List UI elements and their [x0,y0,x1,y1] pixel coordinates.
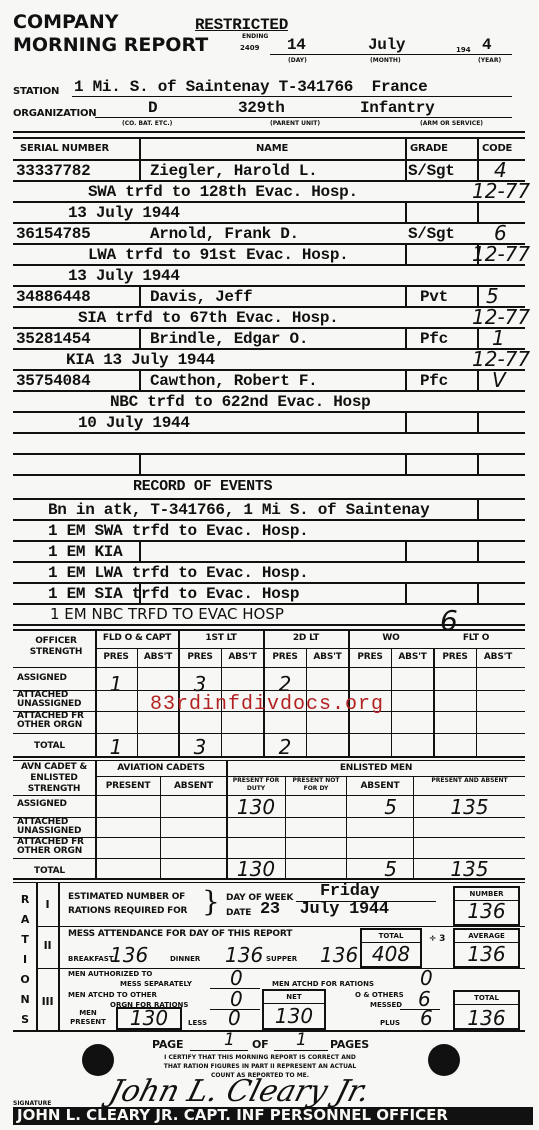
binder-hole-left [82,1044,114,1076]
watermark: 83rdinfdivdocs.org [150,693,384,716]
section-i-numeral: I [37,898,58,911]
report-year: 4 [482,36,491,54]
event-line: 1 EM LWA trfd to Evac. Hosp. [48,564,308,582]
others-label-2: MESSED [370,1001,402,1009]
group-aviation-cadets: AVIATION CADETS [96,763,226,773]
subcol-cadet-present: PRESENT [96,781,160,791]
remark-line: 13 July 1944 [68,267,180,285]
row-label-attached-unassigned: ATTACHED UNASSIGNED [17,818,95,836]
subcol-pres: PRES [96,652,136,662]
event-line: 1 EM SIA trfd to Evac. Hosp [48,585,299,603]
brace: } [202,888,220,916]
row-label-attached-unassigned: ATTACHED UNASSIGNED [17,691,95,709]
event-line: Bn in atk, T-341766, 1 Mi S. of Saintena… [48,501,429,519]
row-label-attached-other: ATTACHED FR OTHER ORGN [17,712,95,730]
supper-count: 136 [320,943,358,967]
org-parent-unit: 329th [238,99,285,117]
event-line: 1 EM SWA trfd to Evac. Hosp. [48,522,308,540]
year-label: (YEAR) [478,57,501,64]
soldier-grade: Pvt [420,288,448,306]
soldier-name: Brindle, Edgar O. [150,330,308,348]
org-company: D [148,99,157,117]
rations-total-label: TOTAL [455,994,518,1002]
subcol-abst: ABS'T [222,652,263,662]
row-label-total: TOTAL [34,866,65,876]
rations-number: 136 [455,899,518,923]
subcol-abst: ABS'T [392,652,433,662]
month-label: (MONTH) [370,57,401,64]
auth-label-1: MEN AUTHORIZED TO [68,970,152,978]
classification-stamp: RESTRICTED [195,16,288,34]
page-label: PAGE [152,1038,183,1051]
plus-label: PLUS [380,1019,400,1027]
subcol-pres: PRES [264,652,306,662]
auth-label-2: MESS SEPARATELY [120,980,192,988]
row-label-assigned: ASSIGNED [17,673,67,683]
remark-line: 10 July 1944 [78,414,190,432]
average-label: AVERAGE [455,932,518,940]
total-label: TOTAL [362,932,420,940]
less-label: LESS [188,1019,207,1027]
status-code: V [492,368,506,392]
org-arm-service: Infantry [360,99,434,117]
page-number: 1 [224,1030,235,1050]
section-ii-label: MESS ATTENDANCE FOR DAY OF THIS REPORT [68,929,292,939]
subcol-pres: PRES [349,652,391,662]
subcol-pres: PRES [179,652,221,662]
section-ii-numeral: II [37,939,58,952]
subcol-abst: ABS'T [138,652,178,662]
form-title-line2: MORNING REPORT [13,35,208,55]
serial-number: 35281454 [16,330,90,348]
section-iii-numeral: III [37,995,58,1008]
mess-total: 408 [362,942,420,966]
soldier-grade: S/Sgt [408,162,455,180]
remark-line: NBC trfd to 622nd Evac. Hosp [110,393,370,411]
atchd-for-rations-label: MEN ATCHD FOR RATIONS [272,980,374,988]
remark-line: 13 July 1944 [68,204,180,222]
report-day: 14 [287,36,306,54]
serial-number: 35754084 [16,372,90,390]
group-wo: WO [349,633,433,643]
signer-name-title: JOHN L. CLEARY JR. CAPT. INF PERSONNEL O… [13,1107,533,1125]
men-present-label-1: MEN [62,1009,114,1017]
status-code: 12-77 [472,179,530,203]
certification-line-2: THAT RATION FIGURES IN PART II REPRESENT… [130,1063,390,1070]
group-fld-o-capt: FLD O & CAPT [96,633,178,643]
enlisted-present-absent-assigned: 135 [414,795,525,819]
group-enlisted-men: ENLISTED MEN [227,763,525,773]
soldier-grade: S/Sgt [408,225,455,243]
section-i-label-2: RATIONS REQUIRED FOR [68,906,187,916]
ration-date: 23 July 1944 [260,900,389,919]
subcol-cadet-absent: ABSENT [161,781,226,791]
net-label: NET [264,993,324,1001]
events-title: RECORD OF EVENTS [133,478,272,495]
date-label: DATE [226,908,251,918]
col-code: CODE [482,143,512,154]
divide-by-three: ÷ 3 [426,934,448,944]
others-label-1: O & OTHERS [355,991,404,999]
serial-number: 36154785 [16,225,90,243]
soldier-grade: Pfc [420,372,448,390]
number-label: NUMBER [455,890,518,898]
event-line-handwritten: 1 EM NBC TRFD TO EVAC HOSP [50,605,284,623]
officer-strength-title: OFFICER STRENGTH [18,636,94,658]
fld-capt-pres-assigned: 1 [96,672,136,696]
soldier-name: Davis, Jeff [150,288,252,306]
binder-hole-right [428,1044,460,1076]
plus-count: 6 [420,1006,433,1030]
station-label: STATION [13,86,59,97]
subcol-abst: ABS'T [477,652,519,662]
dinner-count: 136 [225,943,263,967]
soldier-name: Arnold, Frank D. [150,225,299,243]
organization-label: ORGANIZATION [13,108,96,119]
total-pages: 1 [296,1030,307,1050]
enlisted-absent-assigned: 5 [347,795,417,819]
dinner-label: DINNER [170,955,200,963]
group-flt-o: FLT O [434,633,518,643]
pages-label: PAGES [330,1038,369,1051]
row-label-assigned: ASSIGNED [17,799,67,809]
ending-time: 2409 [240,44,259,52]
col-name: NAME [256,143,288,154]
soldier-grade: Pfc [420,330,448,348]
subcol-abst: ABS'T [307,652,348,662]
event-line: 1 EM KIA [48,543,122,561]
group-1st-lt: 1ST LT [179,633,263,643]
morning-report-page: COMPANY MORNING REPORT RESTRICTED ENDING… [0,0,539,1130]
supper-label: SUPPER [266,955,297,963]
org-parent-label: (PARENT UNIT) [270,120,320,127]
report-month: July [368,36,405,54]
status-code: 12-77 [472,242,530,266]
ending-label: ENDING [242,33,268,40]
soldier-name: Cawthon, Robert F. [150,372,317,390]
atchd-other-label-1: MEN ATCHD TO OTHER [68,991,157,999]
handwritten-signature: John L. Cleary Jr. [105,1074,373,1109]
col-grade: GRADE [410,143,448,154]
certification-line-1: I CERTIFY THAT THIS MORNING REPORT IS CO… [130,1054,390,1061]
day-of-week: Friday [320,882,379,901]
enlisted-present-duty-assigned: 130 [227,795,285,819]
rations-total: 136 [455,1006,518,1030]
less-count: 0 [228,1006,241,1030]
men-present-label-2: PRESENT [62,1018,114,1026]
mess-average: 136 [455,942,518,966]
subcol-pres: PRES [434,652,476,662]
breakfast-label: BREAKFAST [68,955,114,963]
net-count: 130 [264,1004,324,1028]
remark-line: KIA 13 July 1944 [66,351,215,369]
group-2d-lt: 2D LT [264,633,348,643]
remark-line: LWA trfd to 91st Evac. Hosp. [88,246,348,264]
org-company-label: (CO. BAT. ETC.) [122,120,172,127]
soldier-name: Ziegler, Harold L. [150,162,317,180]
rations-side-label: RATIONS [14,890,36,1030]
row-label-attached-other: ATTACHED FR OTHER ORGN [17,838,95,856]
enlisted-strength-title: AVN CADET & ENLISTED STRENGTH [14,762,94,795]
subcol-present-for-duty: PRESENT FOR DUTY [227,777,285,793]
row-label-total: TOTAL [34,741,65,751]
signature-label: SIGNATURE [13,1100,51,1107]
of-label: OF [252,1038,268,1051]
year-prefix: 194 [456,46,471,54]
col-serial-number: SERIAL NUMBER [20,143,109,154]
section-i-label-1: ESTIMATED NUMBER OF [68,892,185,902]
remark-line: SWA trfd to 128th Evac. Hosp. [88,183,358,201]
day-label: (DAY) [288,57,307,64]
form-title-line1: COMPANY [13,12,119,32]
station-value: 1 Mi. S. of Saintenay T-341766 France [74,78,427,96]
subcol-absent: ABSENT [347,781,413,791]
subcol-present-not-for-duty: PRESENT NOT FOR DY [286,777,346,793]
men-present-count: 130 [118,1006,180,1030]
org-arm-label: (ARM OR SERVICE) [420,120,483,127]
remark-line: SIA trfd to 67th Evac. Hosp. [78,309,338,327]
breakfast-count: 136 [110,943,148,967]
subcol-present-and-absent: PRESENT AND ABSENT [414,777,525,785]
serial-number: 33337782 [16,162,90,180]
serial-number: 34886448 [16,288,90,306]
